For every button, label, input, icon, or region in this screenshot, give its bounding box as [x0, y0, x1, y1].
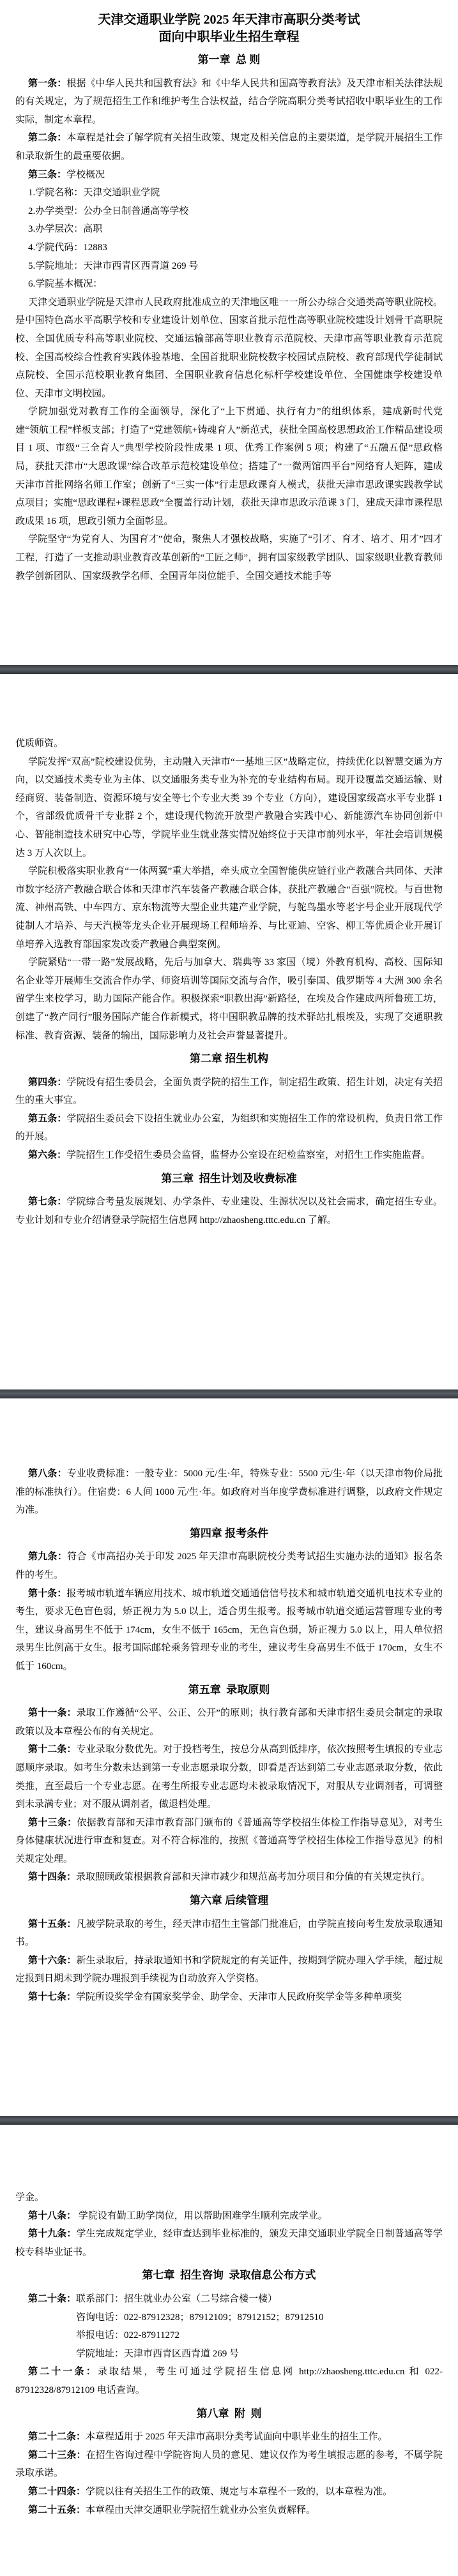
paragraph: 第七条：学院综合考量发展规划、办学条件、专业建设、生源状况以及社会需求，确定招生… — [15, 1193, 443, 1229]
paragraph: 第一条：根据《中华人民共和国教育法》和《中华人民共和国高等教育法》及天津市相关法… — [15, 75, 443, 130]
paragraph: 第十二条：专业录取分数优先。对于投档考生，按总分从高到低排序，依次按照考生填报的… — [15, 1741, 443, 1813]
page-separator — [0, 2116, 458, 2125]
paragraph: 学院坚守“为党育人、为国育才”使命，聚焦人才强校战略，实施了“引才、育才、培才、… — [15, 530, 443, 585]
paragraph: 第二十四条：学院以往有关招生工作的政策、规定与本章程不一致的，以本章程为准。 — [15, 2483, 443, 2501]
article-label: 第二十四条： — [28, 2487, 86, 2497]
paragraph: 学院加强党对教育工作的全面领导，深化了“上下贯通、执行有力”的组织体系，建成新时… — [15, 403, 443, 530]
paragraph: 第九条：符合《市高招办关于印发 2025 年天津市高职院校分类考试招生实施办法的… — [15, 1548, 443, 1584]
paragraph: 第二十二条：本章程适用于 2025 年天津市高职分类考试面向中职毕业生的招生工作… — [15, 2428, 443, 2446]
list-item: 6.学院基本概况： — [15, 275, 443, 294]
paragraph: 第十四条：录取照顾政策根据教育部和天津市减少和规范高考加分项目和分值的有关规定执… — [15, 1868, 443, 1887]
article-label: 第十二条： — [28, 1744, 76, 1755]
paragraph: 第十一条：录取工作遵循“公平、公正、公开”的原则；执行教育部和天津市招生委员会制… — [15, 1704, 443, 1741]
article-label: 第二十三条： — [28, 2450, 86, 2460]
document-title: 面向中职毕业生招生章程 — [15, 29, 443, 46]
page-1: 天津交通职业学院 2025 年天津市高职分类考试面向中职毕业生招生章程第一章 总… — [0, 0, 458, 665]
article-label: 第十四条： — [28, 1872, 76, 1882]
article-label: 第十一条： — [28, 1708, 77, 1718]
article-label: 第八条： — [28, 1469, 67, 1479]
paragraph: 第三条：学校概况 — [15, 166, 443, 184]
paragraph: 第六条：学院招生工作受招生委员会监督，监督办公室设在纪检监察室，对招生工作实施监… — [15, 1146, 443, 1165]
paragraph-continuation: 优质师资。 — [15, 735, 443, 753]
article-label: 第十八条： — [28, 2211, 76, 2221]
paragraph: 第八条：专业收费标准：一般专业：5000 元/生·年，特殊专业：5500 元/生… — [15, 1465, 443, 1520]
list-item: 5.学院地址：天津市西青区西青道 269 号 — [15, 257, 443, 276]
article-label: 第二十一条： — [28, 2367, 98, 2377]
paragraph: 第十三条：依据教育部和天津市教育部门颁布的《普通高等学校招生体检工作指导意见》，… — [15, 1814, 443, 1869]
chapter-heading: 第一章 总 则 — [15, 51, 443, 70]
paragraph: 第二条：本章程是社会了解学院有关招生政策、规定及相关信息的主要渠道，是学院开展招… — [15, 129, 443, 165]
list-item: 3.办学层次：高职 — [15, 220, 443, 239]
chapter-heading: 第七章 招生咨询 录取信息公布方式 — [15, 2266, 443, 2285]
article-label: 第一条： — [28, 79, 66, 89]
paragraph: 第十八条： 学院设有勤工助学岗位，用以帮助困难学生顺利完成学业。 — [15, 2207, 443, 2226]
article-label: 第十五条： — [28, 1919, 76, 1929]
paragraph: 学院发挥“双高”院校建设优势，主动融入天津市“一基地三区”战略定位，持续优化以智… — [15, 753, 443, 863]
article-label: 第二条： — [28, 133, 66, 143]
chapter-heading: 第八章 附 则 — [15, 2405, 443, 2423]
chapter-heading: 第六章 后续管理 — [15, 1892, 443, 1910]
list-item: 1.学院名称：天津交通职业学院 — [15, 184, 443, 202]
paragraph: 第四条：学院设有招生委员会，全面负责学院的招生工作，制定招生政策、招生计划，决定… — [15, 1074, 443, 1110]
page-2: 优质师资。学院发挥“双高”院校建设优势，主动融入天津市“一基地三区”战略定位，持… — [0, 674, 458, 1389]
paragraph: 第二十条：联系部门：招生就业办公室（二号综合楼一楼） — [15, 2290, 443, 2309]
paragraph: 第十五条：凡被学院录取的考生，经天津市招生主管部门批准后，由学院直接向考生发放录… — [15, 1915, 443, 1952]
page-3: 第八条：专业收费标准：一般专业：5000 元/生·年，特殊专业：5500 元/生… — [0, 1398, 458, 2116]
article-label: 第七条： — [28, 1197, 66, 1207]
document-title: 天津交通职业学院 2025 年天津市高职分类考试 — [15, 11, 443, 29]
document-canvas: 天津交通职业学院 2025 年天津市高职分类考试面向中职毕业生招生章程第一章 总… — [0, 0, 458, 2576]
list-item: 4.学院代码：12883 — [15, 239, 443, 257]
article-label: 第三条： — [28, 170, 66, 180]
article-label: 第五条： — [28, 1114, 66, 1124]
article-label: 第十三条： — [28, 1818, 77, 1828]
chapter-heading: 第五章 录取原则 — [15, 1681, 443, 1700]
paragraph: 第五条：学院招生委员会下设招生就业办公室，为组织和实施招生工作的常设机构，负责日… — [15, 1110, 443, 1146]
paragraph: 学院积极落实职业教育“一体两翼”重大举措，牵头成立全国智能供应链行业产教融合共同… — [15, 862, 443, 954]
article-label: 第十条： — [28, 1589, 66, 1599]
paragraph: 第二十三条：在招生咨询过程中学院咨询人员的意见、建议仅作为考生填报志愿的参考，不… — [15, 2446, 443, 2483]
paragraph: 第十九条：学生完成规定学业，经审查达到毕业标准的，颁发天津交通职业学院全日制普通… — [15, 2225, 443, 2261]
article-label: 第六条： — [28, 1150, 66, 1160]
paragraph: 第十条：报考城市轨道车辆应用技术、城市轨道交通通信信号技术和城市轨道交通机电技术… — [15, 1585, 443, 1676]
article-label: 第十六条： — [28, 1956, 76, 1966]
article-label: 第二十二条： — [28, 2432, 86, 2442]
paragraph-continuation: 学金。 — [15, 2189, 443, 2207]
paragraph: 第十六条：新生录取后，持录取通知书和学院规定的有关证件，按期到学院办理入学手续，… — [15, 1952, 443, 1988]
chapter-heading: 第二章 招生机构 — [15, 1050, 443, 1068]
page-separator — [0, 1389, 458, 1398]
chapter-heading: 第四章 报考条件 — [15, 1525, 443, 1543]
article-label: 第九条： — [28, 1552, 67, 1562]
article-label: 第二十条： — [28, 2294, 76, 2304]
page-4: 学金。第十八条： 学院设有勤工助学岗位，用以帮助困难学生顺利完成学业。第十九条：… — [0, 2125, 458, 2576]
paragraph: 第二十五条：本章程由天津交通职业学院招生就业办公室负责解释。 — [15, 2501, 443, 2520]
article-label: 第二十五条： — [28, 2505, 86, 2515]
contact-line: 学院地址：天津市西青区西青道 269 号 — [15, 2345, 443, 2363]
article-label: 第十九条： — [28, 2229, 76, 2239]
article-label: 第四条： — [28, 1077, 66, 1088]
page-separator — [0, 665, 458, 674]
paragraph: 学院紧贴“一带一路”发展战略，先后与加拿大、瑞典等 33 家国（境）外教育机构、… — [15, 954, 443, 1045]
contact-line: 咨询电话：022-87912328；87912109；87912152；8791… — [15, 2309, 443, 2327]
paragraph: 天津交通职业学院是天津市人民政府批准成立的天津地区唯一一所公办综合交通类高等职业… — [15, 294, 443, 403]
list-item: 2.办学类型：公办全日制普通高等学校 — [15, 202, 443, 221]
paragraph: 第十七条：学院所设奖学金有国家奖学金、助学金、天津市人民政府奖学金等多种单项奖 — [15, 1988, 443, 2007]
article-label: 第十七条： — [28, 1992, 76, 2002]
paragraph: 第二十一条：录取结果，考生可通过学院招生信息网 http://zhaosheng… — [15, 2363, 443, 2399]
contact-line: 举报电话：022-87911272 — [15, 2326, 443, 2345]
chapter-heading: 第三章 招生计划及收费标准 — [15, 1170, 443, 1188]
